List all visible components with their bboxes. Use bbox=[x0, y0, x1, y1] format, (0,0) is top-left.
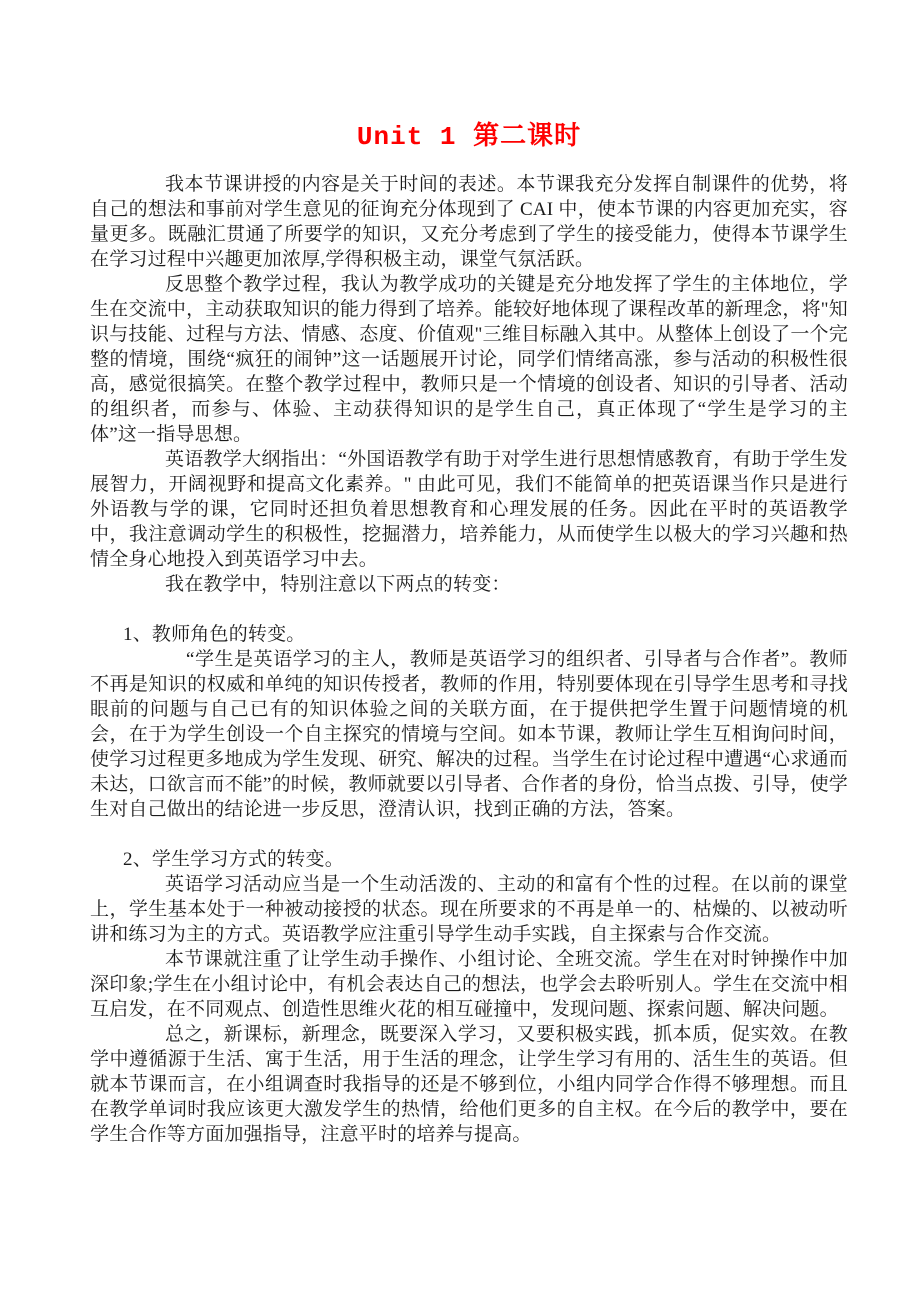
paragraph-intro: 我本节课讲授的内容是关于时间的表述。本节课我充分发挥自制课件的优势，将自己的想法… bbox=[90, 172, 848, 272]
section-2-heading: 2、学生学习方式的转变。 bbox=[90, 847, 848, 872]
paragraph-syllabus-quote: 英语教学大纲指出：“外国语教学有助于对学生进行思想情感教育，有助于学生发展智力，… bbox=[90, 447, 848, 572]
paragraph-conclusion: 总之，新课标，新理念，既要深入学习，又要积极实践，抓本质，促实效。在教学中遵循源… bbox=[90, 1022, 848, 1147]
paragraph-transition: 我在教学中，特别注意以下两点的转变： bbox=[90, 572, 848, 597]
section-1-heading: 1、教师角色的转变。 bbox=[90, 622, 848, 647]
document-title: Unit 1 第二课时 bbox=[90, 123, 848, 151]
section-1-body: “学生是英语学习的主人，教师是英语学习的组织者、引导者与合作者”。教师不再是知识… bbox=[90, 647, 848, 822]
section-2-body: 英语学习活动应当是一个生动活泼的、主动的和富有个性的过程。在以前的课堂上，学生基… bbox=[90, 872, 848, 947]
paragraph-reflection: 反思整个教学过程，我认为教学成功的关键是充分地发挥了学生的主体地位，学生在交流中… bbox=[90, 272, 848, 447]
document-page: Unit 1 第二课时 我本节课讲授的内容是关于时间的表述。本节课我充分发挥自制… bbox=[0, 0, 920, 1302]
paragraph-lesson-practice: 本节课就注重了让学生动手操作、小组讨论、全班交流。学生在对时钟操作中加深印象;学… bbox=[90, 947, 848, 1022]
document-body: 我本节课讲授的内容是关于时间的表述。本节课我充分发挥自制课件的优势，将自己的想法… bbox=[90, 172, 848, 1147]
